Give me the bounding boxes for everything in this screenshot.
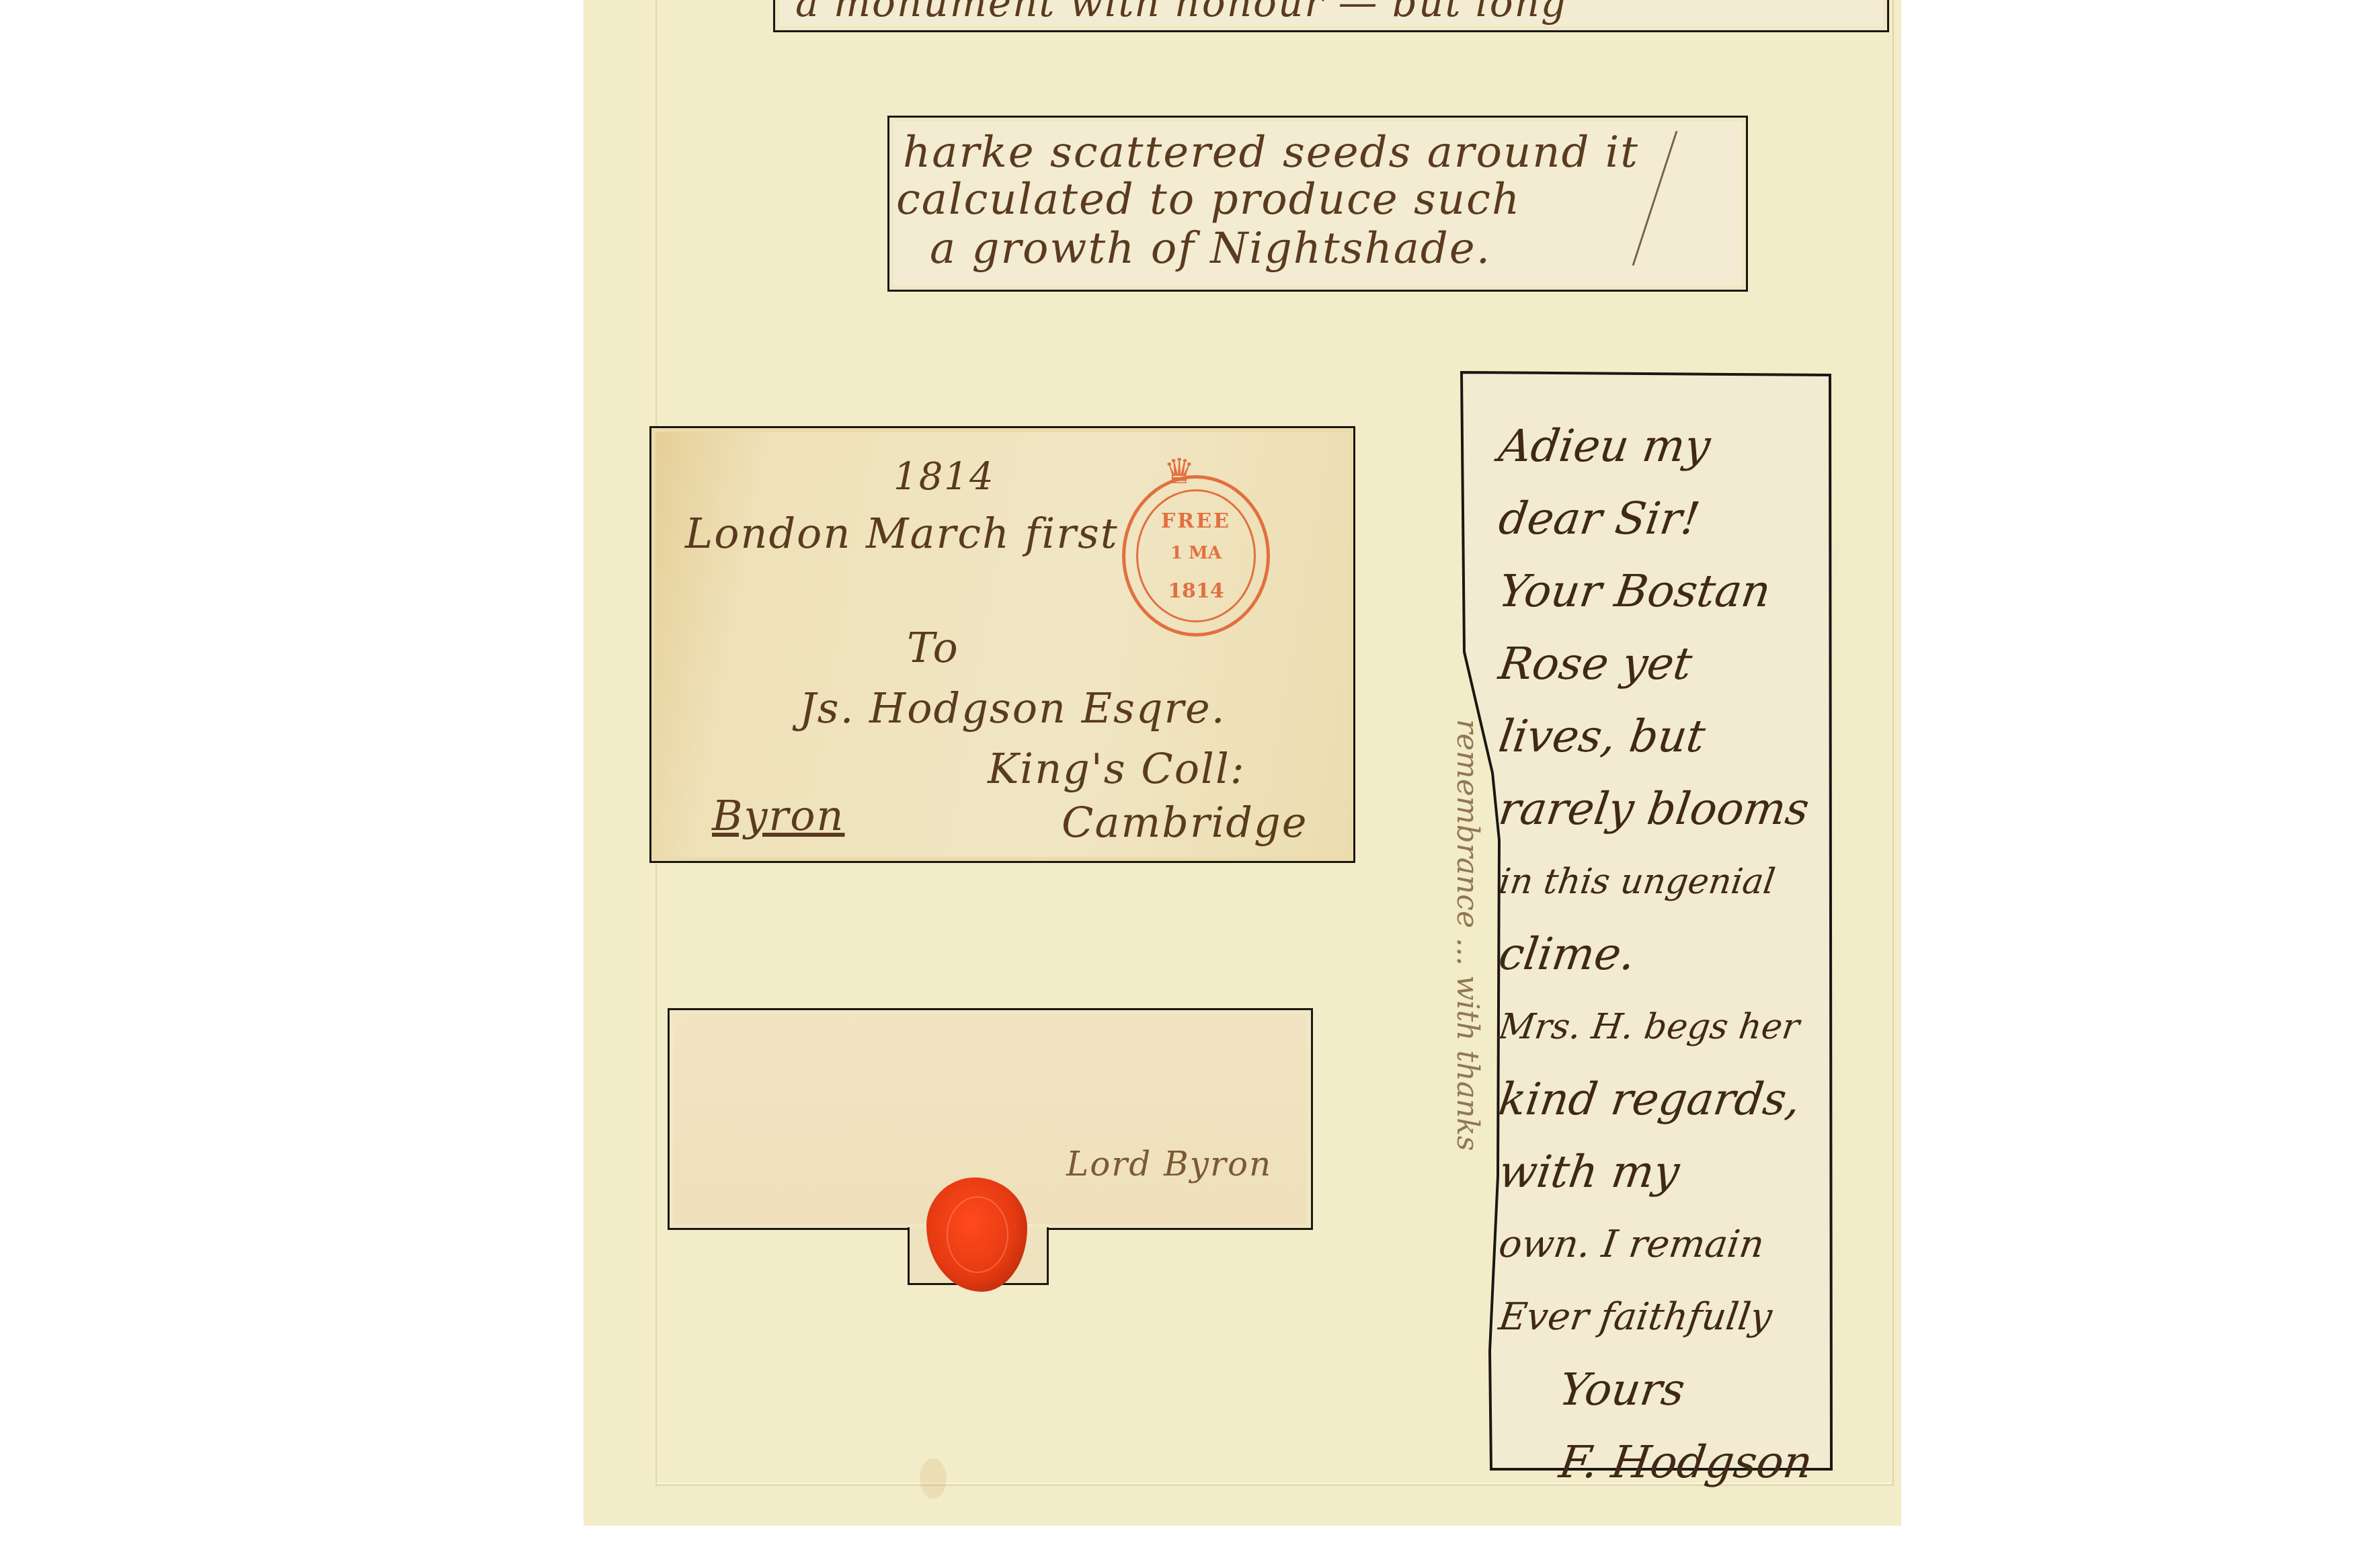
letter-line: clime. xyxy=(1494,918,1827,991)
envelope-city: Cambridge xyxy=(1062,798,1308,847)
letter-line: in this ungenial xyxy=(1494,845,1827,918)
free-postmark-stamp: ♛ FREE 1 MA 1814 xyxy=(1122,475,1270,636)
letter-body: Adieu my dear Sir! Your Bostan Rose yet … xyxy=(1499,410,1822,1499)
letter-line: kind regards, xyxy=(1494,1063,1827,1136)
frank-signature: Byron xyxy=(712,791,844,840)
envelope-year: 1814 xyxy=(893,455,995,499)
envelope-dateline: London March first xyxy=(685,509,1119,558)
envelope-college: King's Coll: xyxy=(988,744,1246,793)
postmark-date: 1 MA xyxy=(1125,543,1267,563)
vertical-cross-writing: remembrance ... with thanks xyxy=(1450,719,1484,1151)
envelope-to: To xyxy=(907,623,959,672)
manuscript-strip-top: a monument with honour — but long xyxy=(773,0,1889,32)
lord-byron-signature: Lord Byron xyxy=(1066,1145,1272,1184)
letter-line: Ever faithfully xyxy=(1494,1281,1827,1354)
letter-line: Adieu my xyxy=(1494,410,1827,483)
postmark-label: FREE xyxy=(1125,509,1267,533)
postmark-year: 1814 xyxy=(1125,579,1267,603)
letter-line: own. I remain xyxy=(1494,1208,1827,1281)
fragment-line-2: calculated to produce such xyxy=(896,175,1521,224)
letter-line: Mrs. H. begs her xyxy=(1494,991,1827,1063)
fragment-line-1: harke scattered seeds around it xyxy=(903,128,1639,177)
hodgson-signature: F. Hodgson xyxy=(1494,1426,1827,1499)
letter-line: Rose yet xyxy=(1494,628,1827,700)
letter-line: dear Sir! xyxy=(1494,483,1827,555)
manuscript-fragment-nightshade: harke scattered seeds around it calculat… xyxy=(887,116,1748,292)
letter-line: Your Bostan xyxy=(1494,555,1827,628)
strip-handwriting: a monument with honour — but long xyxy=(795,0,1567,26)
fragment-line-3: a growth of Nightshade. xyxy=(930,224,1491,274)
letter-line: Yours xyxy=(1494,1354,1827,1426)
envelope-addressee: Js. Hodgson Esqre. xyxy=(799,684,1226,733)
crown-icon: ♛ xyxy=(1139,452,1220,492)
foxing-stain xyxy=(920,1458,947,1499)
envelope-front: 1814 London March first To Js. Hodgson E… xyxy=(649,426,1355,863)
hodgson-letter: remembrance ... with thanks Adieu my dea… xyxy=(1459,370,1835,1472)
letter-line: with my xyxy=(1494,1136,1827,1208)
seal-impression-ring xyxy=(947,1196,1008,1273)
letter-line: lives, but xyxy=(1494,700,1827,773)
letter-line: rarely blooms xyxy=(1494,773,1827,845)
